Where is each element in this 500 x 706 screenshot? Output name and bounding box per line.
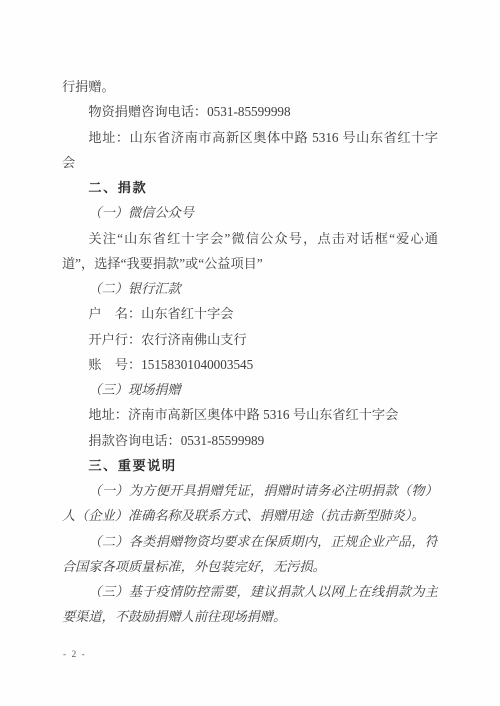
section-heading-donation-money: 二、捐款: [62, 175, 438, 200]
note-2-line2: 合国家各项质量标准，外包装完好，无污损。: [62, 554, 438, 579]
document-page: 行捐赠。 物资捐赠咨询电话：0531-85599998 地址：山东省济南市高新区…: [0, 0, 500, 706]
document-body: 行捐赠。 物资捐赠咨询电话：0531-85599998 地址：山东省济南市高新区…: [62, 74, 438, 630]
bank-account-number: 账 号：15158301040003545: [62, 352, 438, 377]
note-3-line2: 要渠道，不鼓励捐赠人前往现场捐赠。: [62, 604, 438, 629]
note-1-line2: 人（企业）准确名称及联系方式、捐赠用途（抗击新型肺炎）。: [62, 503, 438, 528]
material-donation-address-line1: 地址：山东省济南市高新区奥体中路 5316 号山东省红十字: [62, 125, 438, 150]
subheading-bank-transfer: （二）银行汇款: [62, 276, 438, 301]
onsite-donation-address: 地址：济南市高新区奥体中路 5316 号山东省红十字会: [62, 402, 438, 427]
bank-account-name: 户 名：山东省红十字会: [62, 301, 438, 326]
para-wechat-line1: 关注“山东省红十字会”微信公众号，点击对话框“爱心通: [62, 226, 438, 251]
page-number: - 2 -: [63, 650, 86, 660]
note-1-line1: （一）为方便开具捐赠凭证，捐赠时请务必注明捐款（物）: [62, 478, 438, 503]
note-3-line1: （三）基于疫情防控需要，建议捐款人以网上在线捐款为主: [62, 579, 438, 604]
note-2-line1: （二）各类捐赠物资均要求在保质期内，正规企业产品，符: [62, 529, 438, 554]
section-heading-important-notes: 三、重要说明: [62, 453, 438, 478]
money-donation-phone: 捐款咨询电话：0531-85599989: [62, 428, 438, 453]
subheading-onsite-donation: （三）现场捐赠: [62, 377, 438, 402]
para-wechat-line2: 道”，选择“我要捐款”或“公益项目”: [62, 251, 438, 276]
para-material-donation-end: 行捐赠。: [62, 74, 438, 99]
material-donation-address-line2: 会: [62, 150, 438, 175]
subheading-wechat-official-account: （一）微信公众号: [62, 200, 438, 225]
material-donation-phone: 物资捐赠咨询电话：0531-85599998: [62, 99, 438, 124]
bank-branch: 开户行：农行济南佛山支行: [62, 327, 438, 352]
